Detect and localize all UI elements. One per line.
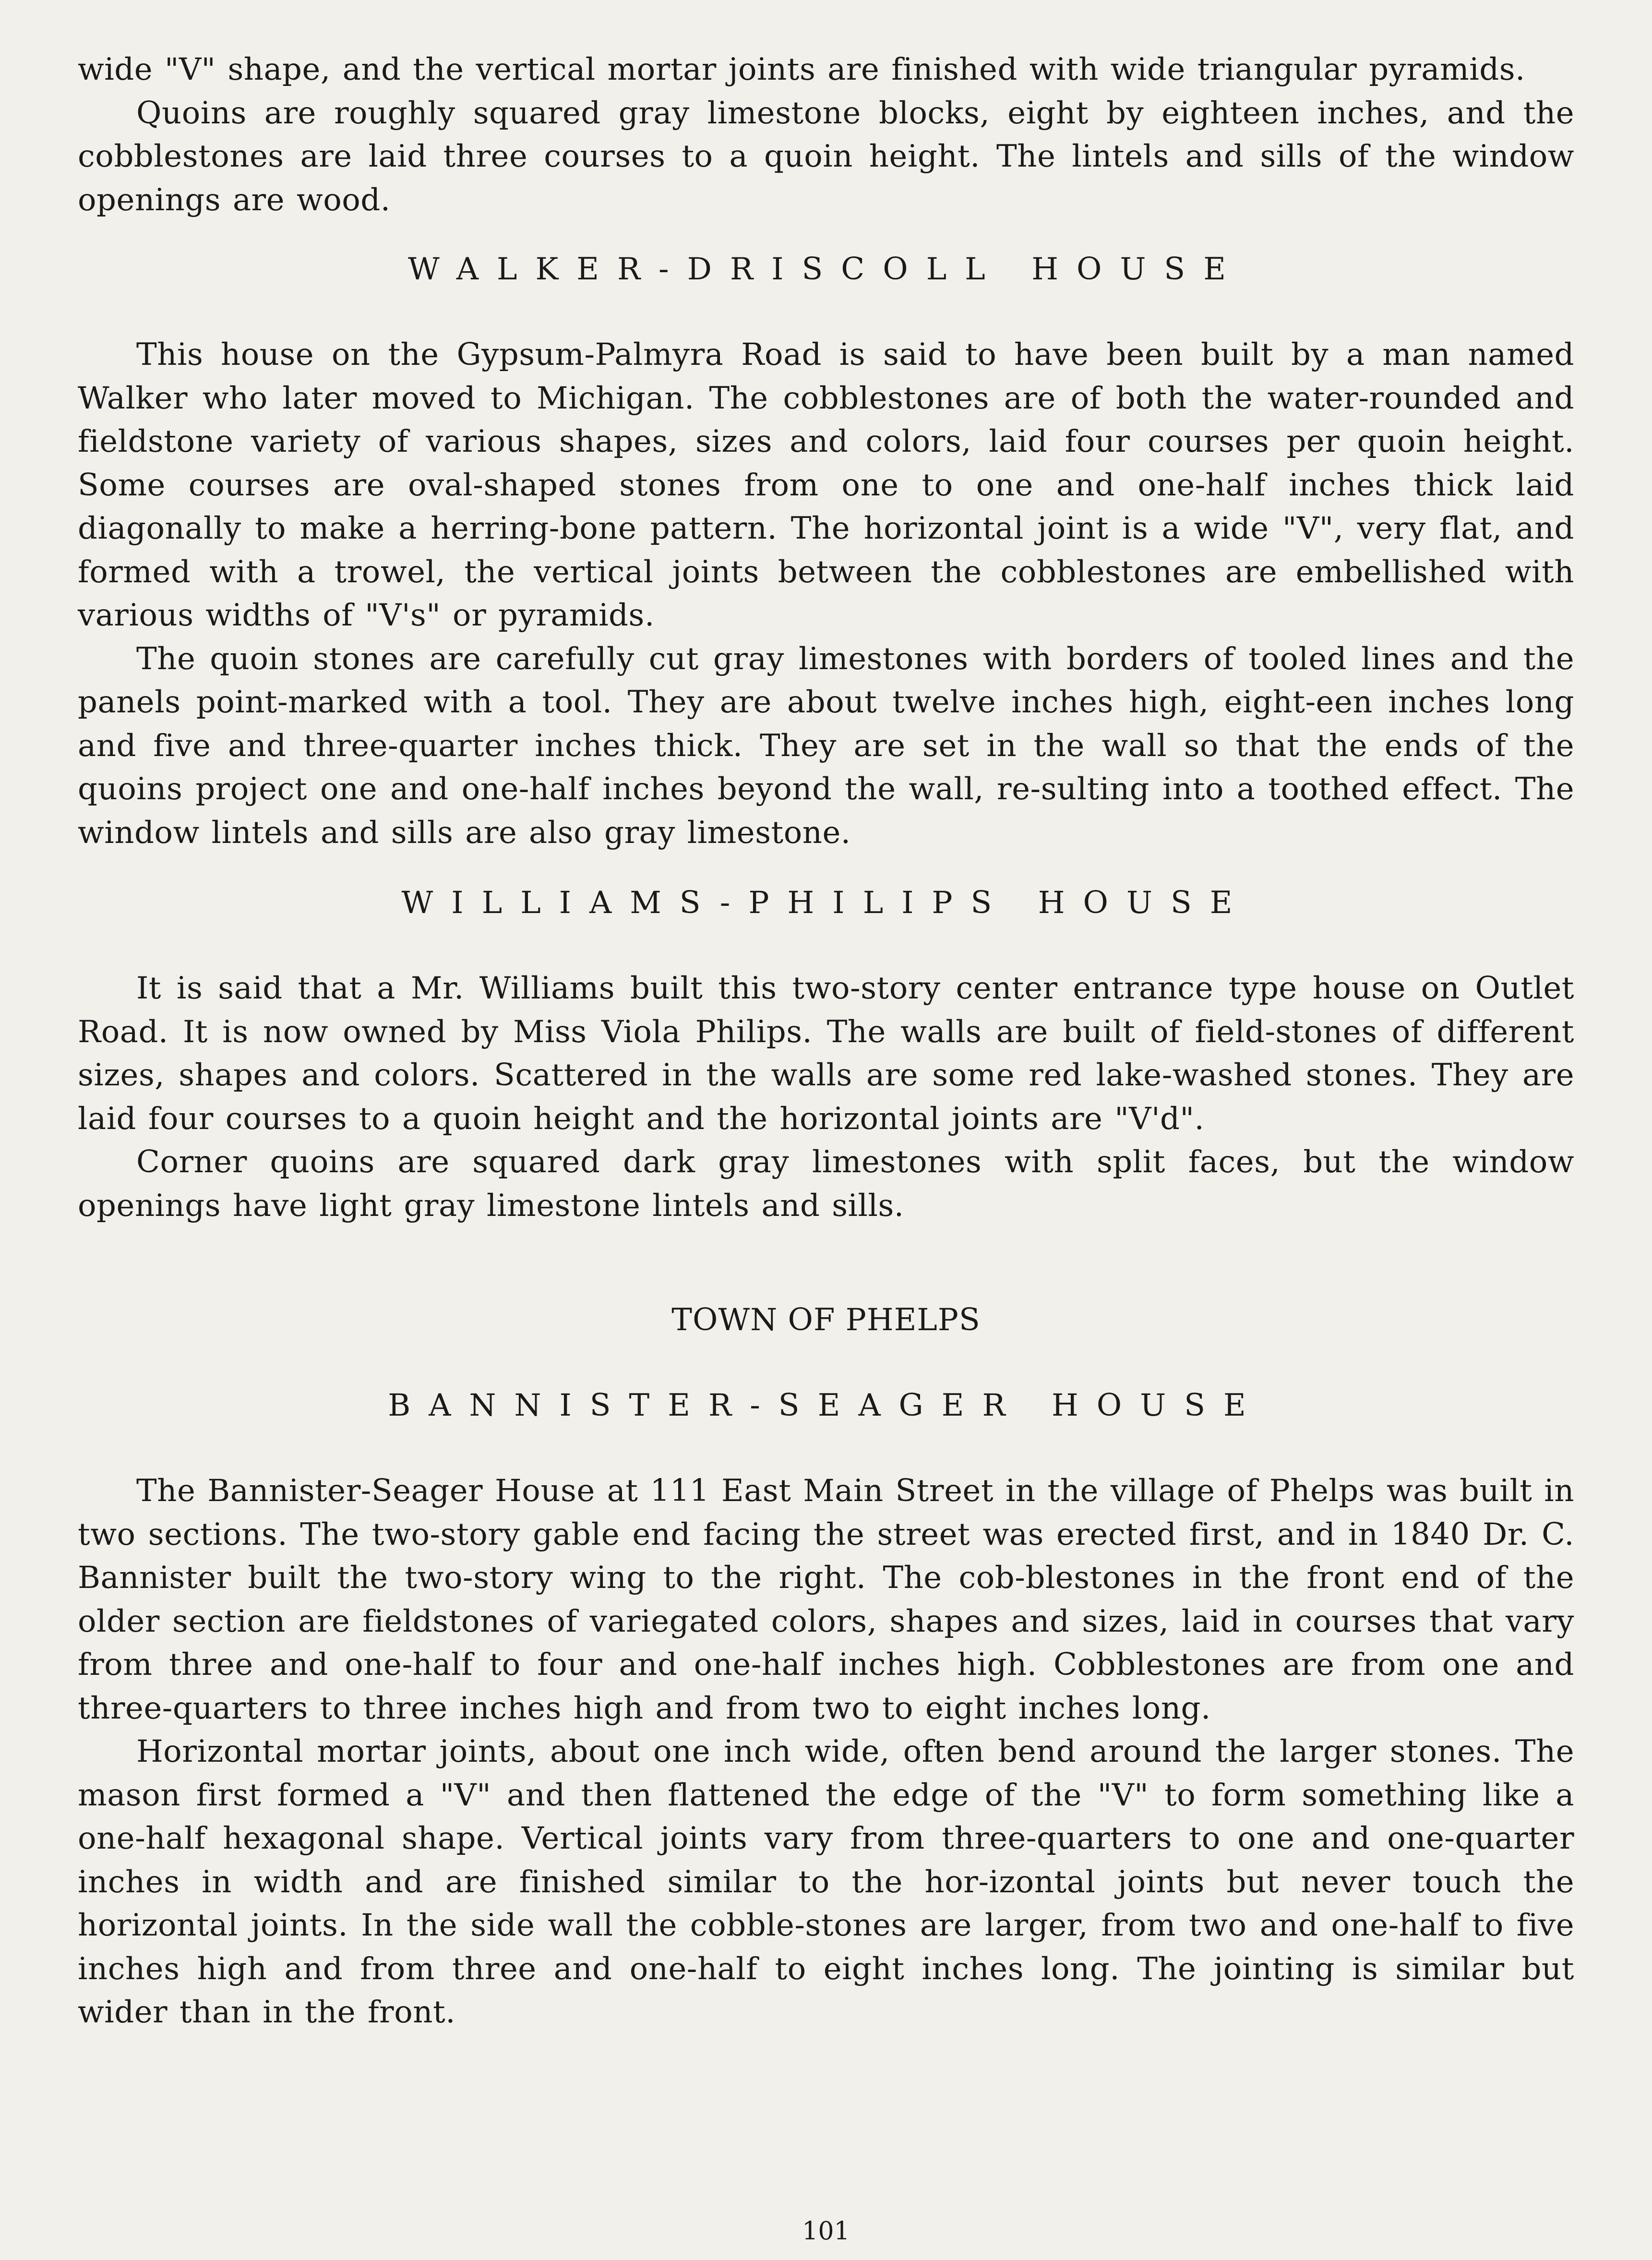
town-heading: TOWN OF PHELPS xyxy=(78,1298,1574,1342)
paragraph-quoins: Quoins are roughly squared gray limeston… xyxy=(78,92,1574,222)
paragraph-walker-2: The quoin stones are carefully cut gray … xyxy=(78,637,1574,855)
paragraph-walker-1: This house on the Gypsum-Palmyra Road is… xyxy=(78,333,1574,637)
paragraph-continued: wide "V" shape, and the vertical mortar … xyxy=(78,48,1574,92)
page-body: wide "V" shape, and the vertical mortar … xyxy=(78,48,1574,2034)
page-number: 101 xyxy=(0,2217,1652,2246)
paragraph-bannister-1: The Bannister-Seager House at 111 East M… xyxy=(78,1469,1574,1730)
paragraph-williams-1: It is said that a Mr. Williams built thi… xyxy=(78,967,1574,1141)
paragraph-williams-2: Corner quoins are squared dark gray lime… xyxy=(78,1141,1574,1227)
paragraph-bannister-2: Horizontal mortar joints, about one inch… xyxy=(78,1730,1574,2034)
section-heading-williams-philips: WILLIAMS-PHILIPS HOUSE xyxy=(78,881,1574,925)
section-heading-bannister-seager: BANNISTER-SEAGER HOUSE xyxy=(78,1384,1574,1427)
section-heading-walker-driscoll: WALKER-DRISCOLL HOUSE xyxy=(78,248,1574,291)
